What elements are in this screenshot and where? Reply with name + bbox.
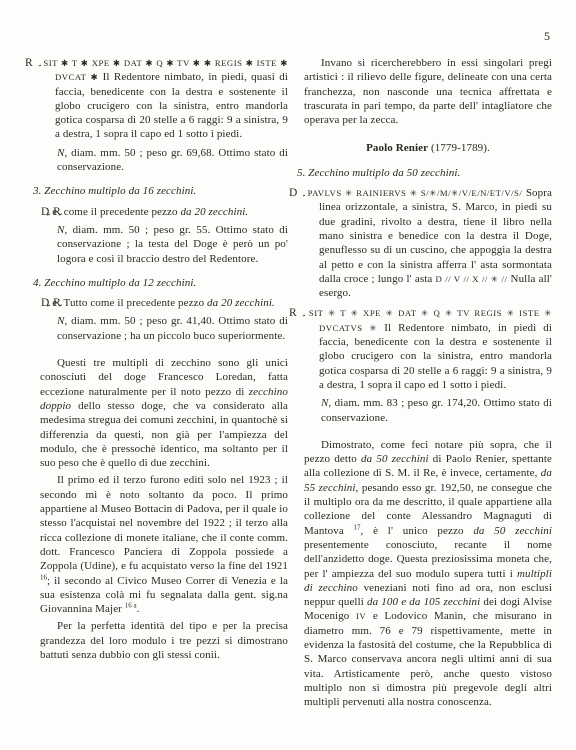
entry-heading-3: 3. Zecchino multiplo da 16 zecchini. — [40, 184, 288, 198]
paragraph-pregi-artistici: Invano si ricercherebbero in essi singol… — [304, 56, 552, 127]
section-heading-paolo-renier: Paolo Renier (1779-1789). — [304, 141, 552, 155]
coin-spec-16-zecchini: N, diam. mm. 50 ; peso gr. 55. Ottimo st… — [57, 223, 288, 266]
coin-description-16-zecchini: D e R come il precedente pezzo da 20 zec… — [40, 205, 288, 219]
paragraph-stessi-conii: Per la perfetta identità del tipo e per … — [40, 619, 288, 662]
paragraph-provenienza: Il primo ed il terzo furono editi solo n… — [40, 473, 288, 616]
entry-heading-5: 5. Zecchino multiplo da 50 zecchini. — [304, 166, 552, 180]
left-column: R SIT ✱ T ✱ XPE ✱ DAT ✱ Q ✱ TV ✱ ✱ REGIS… — [40, 56, 288, 662]
coin-legend-reverse-renier: R SIT ✳ T ✳ XPE ✳ DAT ✳ Q ✳ TV REGIS ✳ I… — [304, 306, 552, 392]
page-number: 5 — [544, 29, 550, 44]
coin-description-12-zecchini: D e R Tutto come il precedente pezzo da … — [40, 296, 288, 310]
coin-spec-50-zecchini: N, diam. mm. 83 ; peso gr. 174,20. Ottim… — [321, 396, 552, 425]
book-page: 5 R SIT ✱ T ✱ XPE ✱ DAT ✱ Q ✱ TV ✱ ✱ REG… — [0, 0, 576, 750]
right-column: Invano si ricercherebbero in essi singol… — [304, 56, 552, 709]
paragraph-multipli-loredan: Questi tre multipli di zecchino sono gli… — [40, 356, 288, 470]
coin-spec-12-zecchini: N, diam. mm. 50 ; peso gr. 41,40. Ottimo… — [57, 314, 288, 343]
coin-spec-20-zecchini: N, diam. mm. 50 ; peso gr. 69,68. Ottimo… — [57, 146, 288, 175]
entry-heading-4: 4. Zecchino multiplo da 12 zecchini. — [40, 276, 288, 290]
coin-legend-reverse-loredan: R SIT ✱ T ✱ XPE ✱ DAT ✱ Q ✱ TV ✱ ✱ REGIS… — [40, 56, 288, 142]
paragraph-dimostrato: Dimostrato, come feci notare più sopra, … — [304, 438, 552, 710]
coin-legend-obverse-renier: D PAVLVS ✳ RAINIERVS ✳ S/✳/M/✳/V/E/N/ET/… — [304, 186, 552, 300]
